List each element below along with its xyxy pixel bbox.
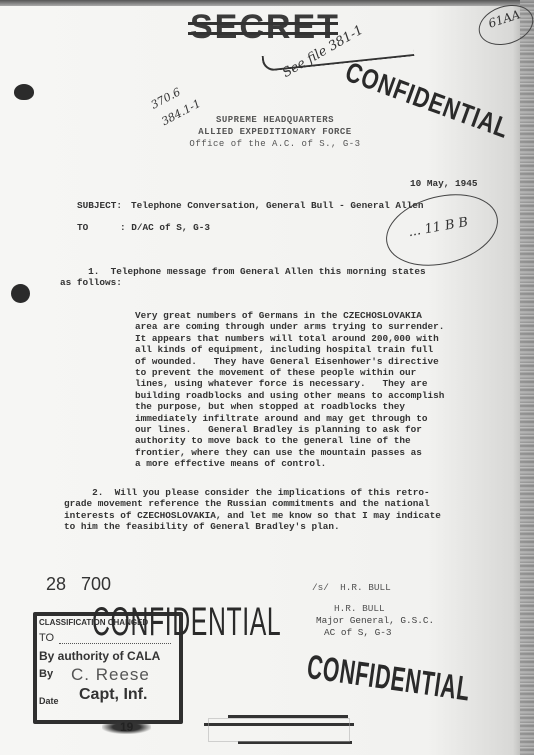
- signature-office: AC of S, G-3: [324, 627, 392, 638]
- signature-title: Major General, G.S.C.: [316, 615, 434, 626]
- bottom-struck-stamp: [208, 718, 350, 742]
- letterhead-line-1: SUPREME HEADQUARTERS: [175, 115, 375, 125]
- quote-line: area are coming through under arms tryin…: [135, 321, 444, 332]
- quote-line: Very great numbers of Germans in the CZE…: [135, 310, 444, 321]
- to-label: TO: [77, 222, 88, 233]
- para2-line: grade movement reference the Russian com…: [64, 498, 441, 509]
- classification-line-4-name: C. Reese: [71, 665, 150, 685]
- quote-line: immediately infiltrate around and may ge…: [135, 413, 444, 424]
- paragraph-1-intro: 1. Telephone message from General Allen …: [60, 266, 426, 289]
- number-stamp: 28 700: [46, 574, 111, 595]
- classification-line-5: Capt, Inf.: [79, 686, 147, 704]
- quote-line: It appears that numbers will total aroun…: [135, 333, 444, 344]
- classification-line-4-label: By: [39, 668, 53, 680]
- para2-line: 2. Will you please consider the implicat…: [64, 487, 441, 498]
- para1-line: 1. Telephone message from General Allen …: [60, 266, 426, 277]
- signature-name: H.R. BULL: [334, 603, 385, 614]
- quote-line: our lines. General Bradley is planning t…: [135, 424, 444, 435]
- letterhead-line-2: ALLIED EXPEDITIONARY FORCE: [175, 127, 375, 137]
- quote-line: of wounded. They have General Eisenhower…: [135, 356, 444, 367]
- para1-line: as follows:: [60, 277, 426, 288]
- scan-right-edge: [520, 0, 534, 755]
- scan-top-edge: [0, 0, 534, 6]
- punch-hole-mid: [11, 284, 30, 303]
- classification-line-5-label: Date: [39, 696, 59, 706]
- para2-line: interests of CZECHOSLOVAKIA, and let me …: [64, 510, 441, 521]
- memo-date: 10 May, 1945: [410, 178, 478, 189]
- subject-label: SUBJECT:: [77, 200, 122, 211]
- to-text: : D/AC of S, G-3: [120, 222, 210, 233]
- paragraph-2: 2. Will you please consider the implicat…: [64, 487, 441, 533]
- quote-line: the purpose, but when stopped at roadblo…: [135, 401, 444, 412]
- quote-line: building roadblocks and using other mean…: [135, 390, 444, 401]
- classification-line-2: TO: [39, 632, 54, 644]
- classification-line-3: By authority of CALA: [39, 649, 160, 663]
- secret-strikethrough-1: [188, 22, 338, 25]
- quote-line: authority to move back to the general li…: [135, 435, 444, 446]
- para2-line: to him the feasibility of General Bradle…: [64, 521, 441, 532]
- secret-stamp: SECRET: [190, 8, 340, 47]
- quote-line: a more effective means of control.: [135, 458, 444, 469]
- date-blot: 19: [102, 720, 151, 734]
- quote-line: lines, using whatever force is necessary…: [135, 378, 444, 389]
- quote-line: to prevent the movement of these people …: [135, 367, 444, 378]
- confidential-stamp-mid: CONFIDENTIAL: [92, 600, 281, 645]
- secret-strikethrough-2: [188, 32, 338, 35]
- quote-line: all kinds of equipment, including hospit…: [135, 344, 444, 355]
- paragraph-1-quote: Very great numbers of Germans in the CZE…: [135, 310, 444, 470]
- signature-sm: /s/ H.R. BULL: [312, 582, 391, 593]
- subject-text: Telephone Conversation, General Bull - G…: [131, 200, 424, 211]
- punch-hole-top: [14, 84, 34, 100]
- letterhead-line-3: Office of the A.C. of S., G-3: [175, 139, 375, 149]
- quote-line: frontier, where they can use the mountai…: [135, 447, 444, 458]
